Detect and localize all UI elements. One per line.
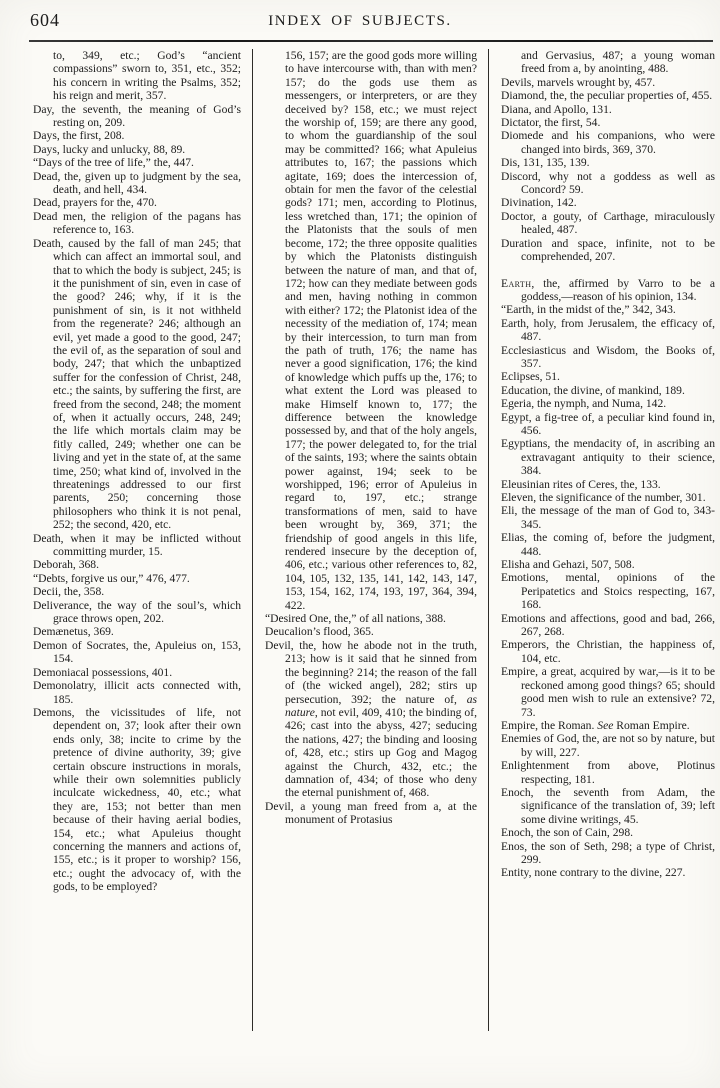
index-entry: Day, the seventh, the meaning of God’s r… <box>33 103 241 130</box>
index-entry: “Debts, forgive us our,” 476, 477. <box>33 572 241 585</box>
index-entry: Days, the first, 208. <box>33 129 241 142</box>
index-column-middle: 156, 157; are the good gods more willing… <box>252 49 477 1031</box>
index-entry: Demoniacal possessions, 401. <box>33 666 241 679</box>
index-entry: Dead men, the religion of the pagans has… <box>33 210 241 237</box>
index-entry: Demon of Socrates, the, Apuleius on, 153… <box>33 639 241 666</box>
running-title: INDEX OF SUBJECTS. <box>0 13 720 30</box>
index-entry: to, 349, etc.; God’s “ancient compassion… <box>33 49 241 103</box>
index-entry: Emotions and affections, good and bad, 2… <box>501 612 715 639</box>
index-entry: Earth, the, affirmed by Varro to be a go… <box>501 277 715 304</box>
index-entry: Diomede and his companions, who were cha… <box>501 129 715 156</box>
index-entry: Divination, 142. <box>501 196 715 209</box>
index-entry: Empire, the Roman. See Roman Empire. <box>501 719 715 732</box>
book-page: 604 INDEX OF SUBJECTS. to, 349, etc.; Go… <box>0 0 720 1088</box>
index-entry: Ecclesiasticus and Wisdom, the Books of,… <box>501 344 715 371</box>
index-entry: Enoch, the son of Cain, 298. <box>501 826 715 839</box>
index-entry: “Desired One, the,” of all nations, 388. <box>265 612 477 625</box>
index-entry: Earth, holy, from Jerusalem, the efficac… <box>501 317 715 344</box>
index-entry: Egyptians, the mendacity of, in ascribin… <box>501 437 715 477</box>
small-caps-text: Earth <box>501 277 531 290</box>
index-entry: 156, 157; are the good gods more willing… <box>265 49 477 612</box>
index-entry: Discord, why not a goddess as well as Co… <box>501 170 715 197</box>
index-entry: Enos, the son of Seth, 298; a type of Ch… <box>501 840 715 867</box>
index-entry: Devils, marvels wrought by, 457. <box>501 76 715 89</box>
index-entry: Dead, prayers for the, 470. <box>33 196 241 209</box>
index-entry: Emotions, mental, opinions of the Peripa… <box>501 571 715 611</box>
index-entry: Demons, the vicissitudes of life, not de… <box>33 706 241 894</box>
index-entry: Doctor, a gouty, of Carthage, miraculous… <box>501 210 715 237</box>
index-entry: Enemies of God, the, are not so by natur… <box>501 732 715 759</box>
index-column-left: to, 349, etc.; God’s “ancient compassion… <box>33 49 241 1031</box>
index-entry: “Earth, in the midst of the,” 342, 343. <box>501 303 715 316</box>
index-columns: to, 349, etc.; God’s “ancient compassion… <box>33 49 715 1031</box>
index-entry: Enlightenment from above, Plotinus respe… <box>501 759 715 786</box>
index-entry: and Gervasius, 487; a young woman freed … <box>501 49 715 76</box>
index-entry: Eleven, the significance of the number, … <box>501 491 715 504</box>
index-entry: Empire, a great, acquired by war,—is it … <box>501 665 715 719</box>
index-entry: Dead, the, given up to judgment by the s… <box>33 170 241 197</box>
index-entry: Elisha and Gehazi, 507, 508. <box>501 558 715 571</box>
index-entry: Eleusinian rites of Ceres, the, 133. <box>501 478 715 491</box>
index-entry: Demænetus, 369. <box>33 625 241 638</box>
index-entry: Dis, 131, 135, 139. <box>501 156 715 169</box>
index-entry: “Days of the tree of life,” the, 447. <box>33 156 241 169</box>
index-entry: Days, lucky and unlucky, 88, 89. <box>33 143 241 156</box>
index-entry: Deliverance, the way of the soul’s, whic… <box>33 599 241 626</box>
index-entry: Devil, the, how he abode not in the trut… <box>265 639 477 800</box>
index-entry: Enoch, the seventh from Adam, the signif… <box>501 786 715 826</box>
index-entry: Education, the divine, of mankind, 189. <box>501 384 715 397</box>
index-entry: Diana, and Apollo, 131. <box>501 103 715 116</box>
index-column-right: and Gervasius, 487; a young woman freed … <box>488 49 715 1031</box>
index-entry: Demonolatry, illicit acts connected with… <box>33 679 241 706</box>
index-entry: Dictator, the first, 54. <box>501 116 715 129</box>
index-entry: Diamond, the, the peculiar properties of… <box>501 89 715 102</box>
index-entry: Deucalion’s flood, 365. <box>265 625 477 638</box>
italic-text: See <box>597 719 613 732</box>
index-entry: Deborah, 368. <box>33 558 241 571</box>
index-entry: Emperors, the Christian, the happiness o… <box>501 638 715 665</box>
header-rule <box>29 40 713 42</box>
index-entry: Egeria, the nymph, and Numa, 142. <box>501 397 715 410</box>
index-entry: Death, when it may be inflicted without … <box>33 532 241 559</box>
index-entry: Decii, the, 358. <box>33 585 241 598</box>
index-entry: Elias, the coming of, before the judgmen… <box>501 531 715 558</box>
index-entry: Eclipses, 51. <box>501 370 715 383</box>
index-entry: Eli, the message of the man of God to, 3… <box>501 504 715 531</box>
index-entry: Egypt, a fig-tree of, a peculiar kind fo… <box>501 411 715 438</box>
italic-text: as nature <box>285 693 477 719</box>
index-entry: Death, caused by the fall of man 245; th… <box>33 237 241 532</box>
index-entry: Devil, a young man freed from a, at the … <box>265 800 477 827</box>
index-entry: Entity, none contrary to the divine, 227… <box>501 866 715 879</box>
index-entry: Duration and space, infinite, not to be … <box>501 237 715 264</box>
